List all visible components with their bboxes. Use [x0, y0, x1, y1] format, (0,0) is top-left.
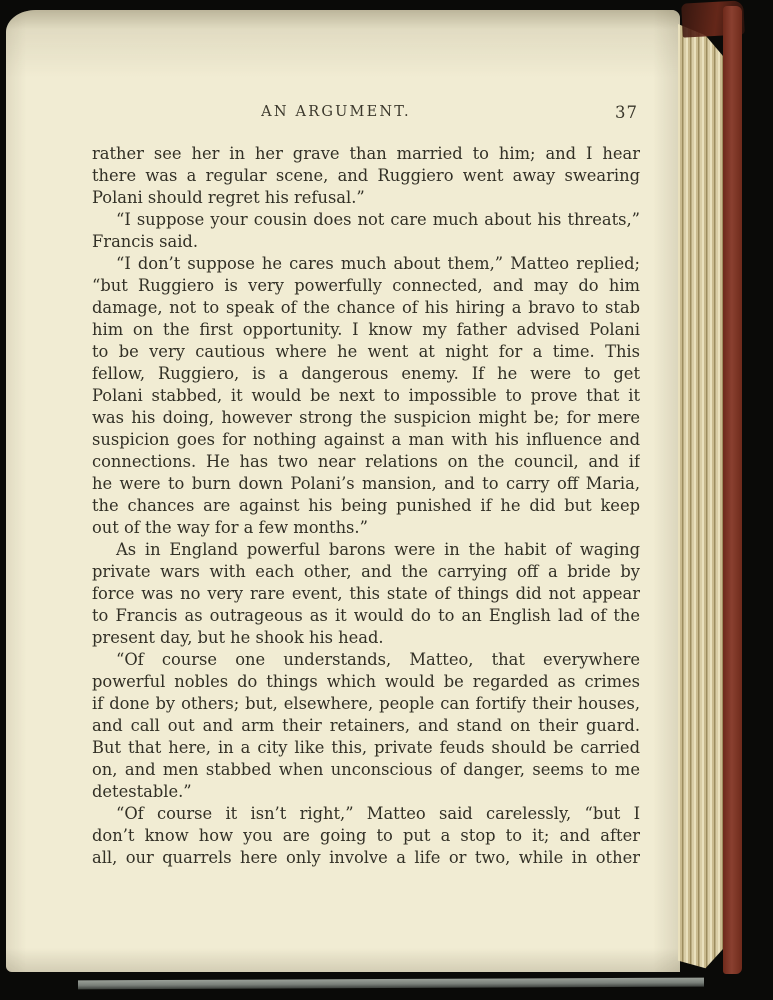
- text-line: the chances are against his being punish…: [92, 495, 640, 517]
- text-line: private wars with each other, and the ca…: [92, 561, 640, 583]
- text-line: Polani stabbed, it would be next to impo…: [92, 385, 640, 407]
- text-line: out of the way for a few months.”: [92, 517, 640, 539]
- text-line: there was a regular scene, and Ruggiero …: [92, 165, 640, 187]
- text-line: him on the first opportunity. I know my …: [92, 319, 640, 341]
- text-line: present day, but he shook his head.: [92, 627, 640, 649]
- text-line: if done by others; but, elsewhere, peopl…: [92, 693, 640, 715]
- text-line: rather see her in her grave than married…: [92, 143, 640, 165]
- text-line: force was no very rare event, this state…: [92, 583, 640, 605]
- text-line: As in England powerful barons were in th…: [92, 539, 640, 561]
- text-line: powerful nobles do things which would be…: [92, 671, 640, 693]
- text-line: fellow, Ruggiero, is a dangerous enemy. …: [92, 363, 640, 385]
- text-line: don’t know how you are going to put a st…: [92, 825, 640, 847]
- text-line: Polani should regret his refusal.”: [92, 187, 640, 209]
- text-line: But that here, in a city like this, priv…: [92, 737, 640, 759]
- text-line: all, our quarrels here only involve a li…: [92, 847, 640, 869]
- running-header: AN ARGUMENT. 37: [92, 104, 640, 128]
- text-line: “Of course one understands, Matteo, that…: [92, 649, 640, 671]
- text-line: “I suppose your cousin does not care muc…: [92, 209, 640, 231]
- text-line: detestable.”: [92, 781, 640, 803]
- text-line: damage, not to speak of the chance of hi…: [92, 297, 640, 319]
- text-line: to Francis as outrageous as it would do …: [92, 605, 640, 627]
- text-line: and call out and arm their retainers, an…: [92, 715, 640, 737]
- text-line: “but Ruggiero is very powerfully connect…: [92, 275, 640, 297]
- page-edges: [678, 24, 728, 972]
- running-header-title: AN ARGUMENT.: [92, 104, 580, 120]
- text-line: connections. He has two near relations o…: [92, 451, 640, 473]
- text-line: on, and men stabbed when unconscious of …: [92, 759, 640, 781]
- page-body: rather see her in her grave than married…: [92, 143, 640, 869]
- text-line: was his doing, however strong the suspic…: [92, 407, 640, 429]
- page-number: 37: [615, 103, 638, 122]
- text-line: Francis said.: [92, 231, 640, 253]
- text-column: AN ARGUMENT. 37 rather see her in her gr…: [92, 104, 640, 869]
- text-line: suspicion goes for nothing against a man…: [92, 429, 640, 451]
- text-line: “Of course it isn’t right,” Matteo said …: [92, 803, 640, 825]
- table-edge: [78, 978, 704, 990]
- text-line: he were to burn down Polani’s mansion, a…: [92, 473, 640, 495]
- book-page: AN ARGUMENT. 37 rather see her in her gr…: [6, 10, 680, 972]
- book-cover: [723, 6, 742, 974]
- text-line: to be very cautious where he went at nig…: [92, 341, 640, 363]
- book-photograph: AN ARGUMENT. 37 rather see her in her gr…: [0, 0, 773, 1000]
- text-line: “I don’t suppose he cares much about the…: [92, 253, 640, 275]
